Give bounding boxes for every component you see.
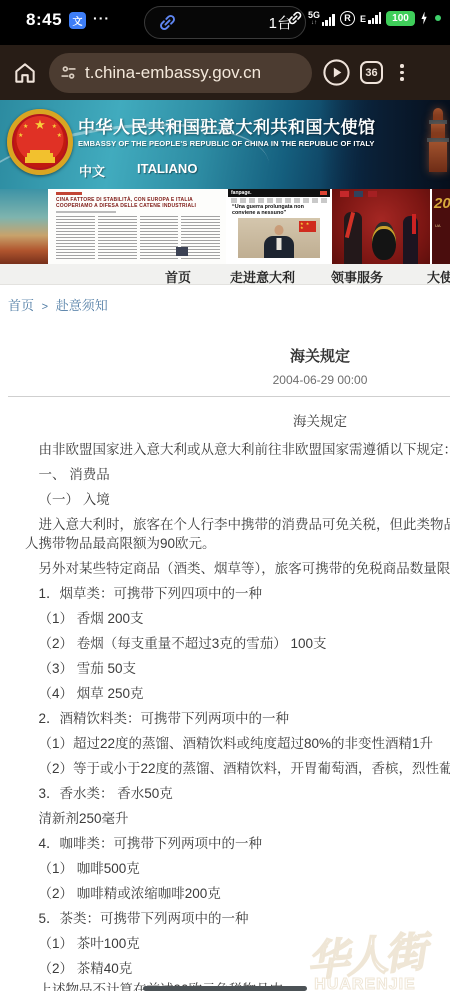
- super-device-pill[interactable]: 1台: [144, 6, 306, 39]
- article-line: （1） 茶叶100克: [25, 931, 450, 956]
- tab-switcher-button[interactable]: 36: [360, 61, 383, 84]
- article-line: 3．香水类： 香水50克: [25, 781, 450, 806]
- breadcrumb-home-link[interactable]: 首页: [8, 298, 34, 313]
- embassy-title-en: EMBASSY OF THE PEOPLE'S REPUBLIC OF CHIN…: [78, 139, 375, 148]
- battery-indicator: 100: [386, 11, 415, 26]
- breadcrumb: 首页 > 赴意须知: [0, 285, 450, 318]
- article-body: 由非欧盟国家进入意大利或从意大利前往非欧盟国家需遵循以下规定：一、 消费品（一）…: [0, 437, 450, 991]
- privacy-indicator-dot: [435, 15, 441, 21]
- browser-toolbar: t.china-embassy.gov.cn 36: [0, 45, 450, 100]
- link-status-icon: [287, 10, 303, 26]
- translate-notification-icon: 文: [69, 12, 86, 29]
- article-line: （一） 入境: [25, 487, 450, 512]
- nav-item-consular-services[interactable]: 领事服务: [331, 267, 383, 286]
- lion-dance-costume: [372, 226, 396, 260]
- main-nav: 首页走进意大利领事服务大使馆: [0, 264, 450, 285]
- article-line: 4．咖啡类：可携带下列两项中的一种: [25, 831, 450, 856]
- browser-menu-button[interactable]: [394, 60, 410, 85]
- article-heading: 海关规定: [0, 410, 450, 430]
- status-bar: 8:45 文 ··· 1台: [0, 0, 450, 45]
- news-carousel: CINA FATTORE DI STABILITÀ, CON EUROPA E …: [0, 189, 450, 264]
- embassy-header-banner: ★ ★★★★ 中华人民共和国驻意大利共和国大使馆 EMBASSY OF THE …: [0, 100, 450, 189]
- article-date: 2004-06-29 00:00: [0, 373, 450, 387]
- newspaper-columns: [56, 216, 220, 259]
- signal-e-icon: E: [360, 12, 381, 24]
- article-line: （1） 咖啡500克: [25, 856, 450, 881]
- article-line: 2．酒精饮料类：可携带下列两项中的一种: [25, 706, 450, 731]
- fanpage-logo: fanpage.: [231, 190, 252, 196]
- article-line: 由非欧盟国家进入意大利或从意大利前往非欧盟国家需遵循以下规定：: [25, 437, 450, 462]
- article-line: （1） 香烟 200支: [25, 606, 450, 631]
- article-line: 进入意大利时，旅客在个人行李中携带的消费品可免关税，但此类物品不得具有贸易进口性…: [25, 512, 450, 537]
- clock: 8:45: [26, 10, 62, 30]
- article-line: （4） 烟草 250克: [25, 681, 450, 706]
- fanpage-menu-row: [231, 198, 327, 203]
- phone-screen: 8:45 文 ··· 1台: [0, 0, 450, 1000]
- article-line: 一、 消费品: [25, 462, 450, 487]
- link-icon: [158, 13, 177, 32]
- article-title: 海关规定: [0, 345, 450, 366]
- gold-sub-partial: UA: [435, 223, 441, 228]
- article-line: 1．烟草类：可携带下列四项中的一种: [25, 581, 450, 606]
- article-line: 另外对某些特定商品（酒类、烟草等），旅客可携带的免税商品数量限制如下：: [25, 556, 450, 581]
- charging-bolt-icon: [420, 12, 428, 25]
- newspaper-photo: [176, 247, 188, 256]
- temple-of-heaven-silhouette: [426, 108, 450, 180]
- gesture-navigation-bar[interactable]: [143, 986, 307, 991]
- article-line: （2） 茶精40克: [25, 956, 450, 981]
- nav-item-home[interactable]: 首页: [165, 267, 191, 286]
- lang-link-chinese[interactable]: 中文: [79, 161, 105, 180]
- breadcrumb-separator: >: [42, 301, 48, 313]
- carousel-slide-fanpage[interactable]: fanpage. “Una guerra prolungata non conv…: [228, 189, 330, 264]
- article-line: 5．茶类：可携带下列两项中的一种: [25, 906, 450, 931]
- article-line: 清新剂250毫升: [25, 806, 450, 831]
- newspaper-headline: CINA FATTORE DI STABILITÀ, CON EUROPA E …: [56, 197, 220, 209]
- carousel-slide-event[interactable]: [332, 189, 430, 264]
- carousel-slide-newspaper[interactable]: CINA FATTORE DI STABILITÀ, CON EUROPA E …: [50, 189, 226, 264]
- url-text: t.china-embassy.gov.cn: [85, 63, 261, 83]
- article-line: 人携带物品最高限额为90欧元。: [25, 537, 450, 556]
- china-flag: ★ ★ ★: [299, 221, 316, 232]
- ambassador-photo: ★ ★ ★: [238, 218, 320, 258]
- gold-year-partial: 20: [434, 195, 450, 212]
- event-flags: [340, 191, 377, 197]
- omnibox[interactable]: t.china-embassy.gov.cn: [49, 53, 312, 93]
- roaming-icon: R: [340, 11, 355, 26]
- fanpage-red-badge: [320, 191, 327, 195]
- article-line: （2） 卷烟（每支重量不超过3克的雪茄） 100支: [25, 631, 450, 656]
- article-line: （3） 雪茄 50支: [25, 656, 450, 681]
- fanpage-quote: “Una guerra prolungata non conviene a ne…: [232, 204, 326, 216]
- play-icon: [322, 58, 351, 87]
- newspaper-byline: [56, 211, 116, 213]
- notification-overflow-dots: ···: [93, 10, 110, 26]
- newspaper-section-tag: [56, 192, 82, 195]
- signal-5g-icon: 5G ↓↑: [308, 11, 335, 26]
- home-icon: [12, 60, 38, 86]
- lang-link-italiano[interactable]: ITALIANO: [137, 161, 197, 180]
- page-content: 首页 > 赴意须知 海关规定 2004-06-29 00:00 海关规定 由非欧…: [0, 285, 450, 991]
- home-button[interactable]: [10, 58, 40, 88]
- article-line: （2） 咖啡精或浓缩咖啡200克: [25, 881, 450, 906]
- breadcrumb-current[interactable]: 赴意须知: [56, 298, 108, 313]
- nav-item-italy-guide[interactable]: 走进意大利: [230, 267, 295, 286]
- listen-play-button[interactable]: [321, 58, 351, 88]
- article-line: （1）超过22度的蒸馏、酒精饮料或纯度超过80%的非变性酒精1升: [25, 731, 450, 756]
- site-settings-icon: [60, 64, 77, 81]
- nav-item-embassy[interactable]: 大使馆: [427, 267, 450, 286]
- carousel-slide-sunset[interactable]: [0, 189, 48, 264]
- tiananmen-gate-glyph: [25, 150, 55, 163]
- article-line: （2）等于或小于22度的蒸馏、酒精饮料，开胃葡萄酒，香槟，烈性葡萄酒2升以及低度…: [25, 756, 450, 781]
- carousel-slide-partial[interactable]: 20 UA: [432, 189, 450, 264]
- title-divider: [8, 396, 450, 397]
- prc-national-emblem: ★ ★★★★: [7, 109, 73, 175]
- embassy-title-cn: 中华人民共和国驻意大利共和国大使馆: [78, 113, 376, 138]
